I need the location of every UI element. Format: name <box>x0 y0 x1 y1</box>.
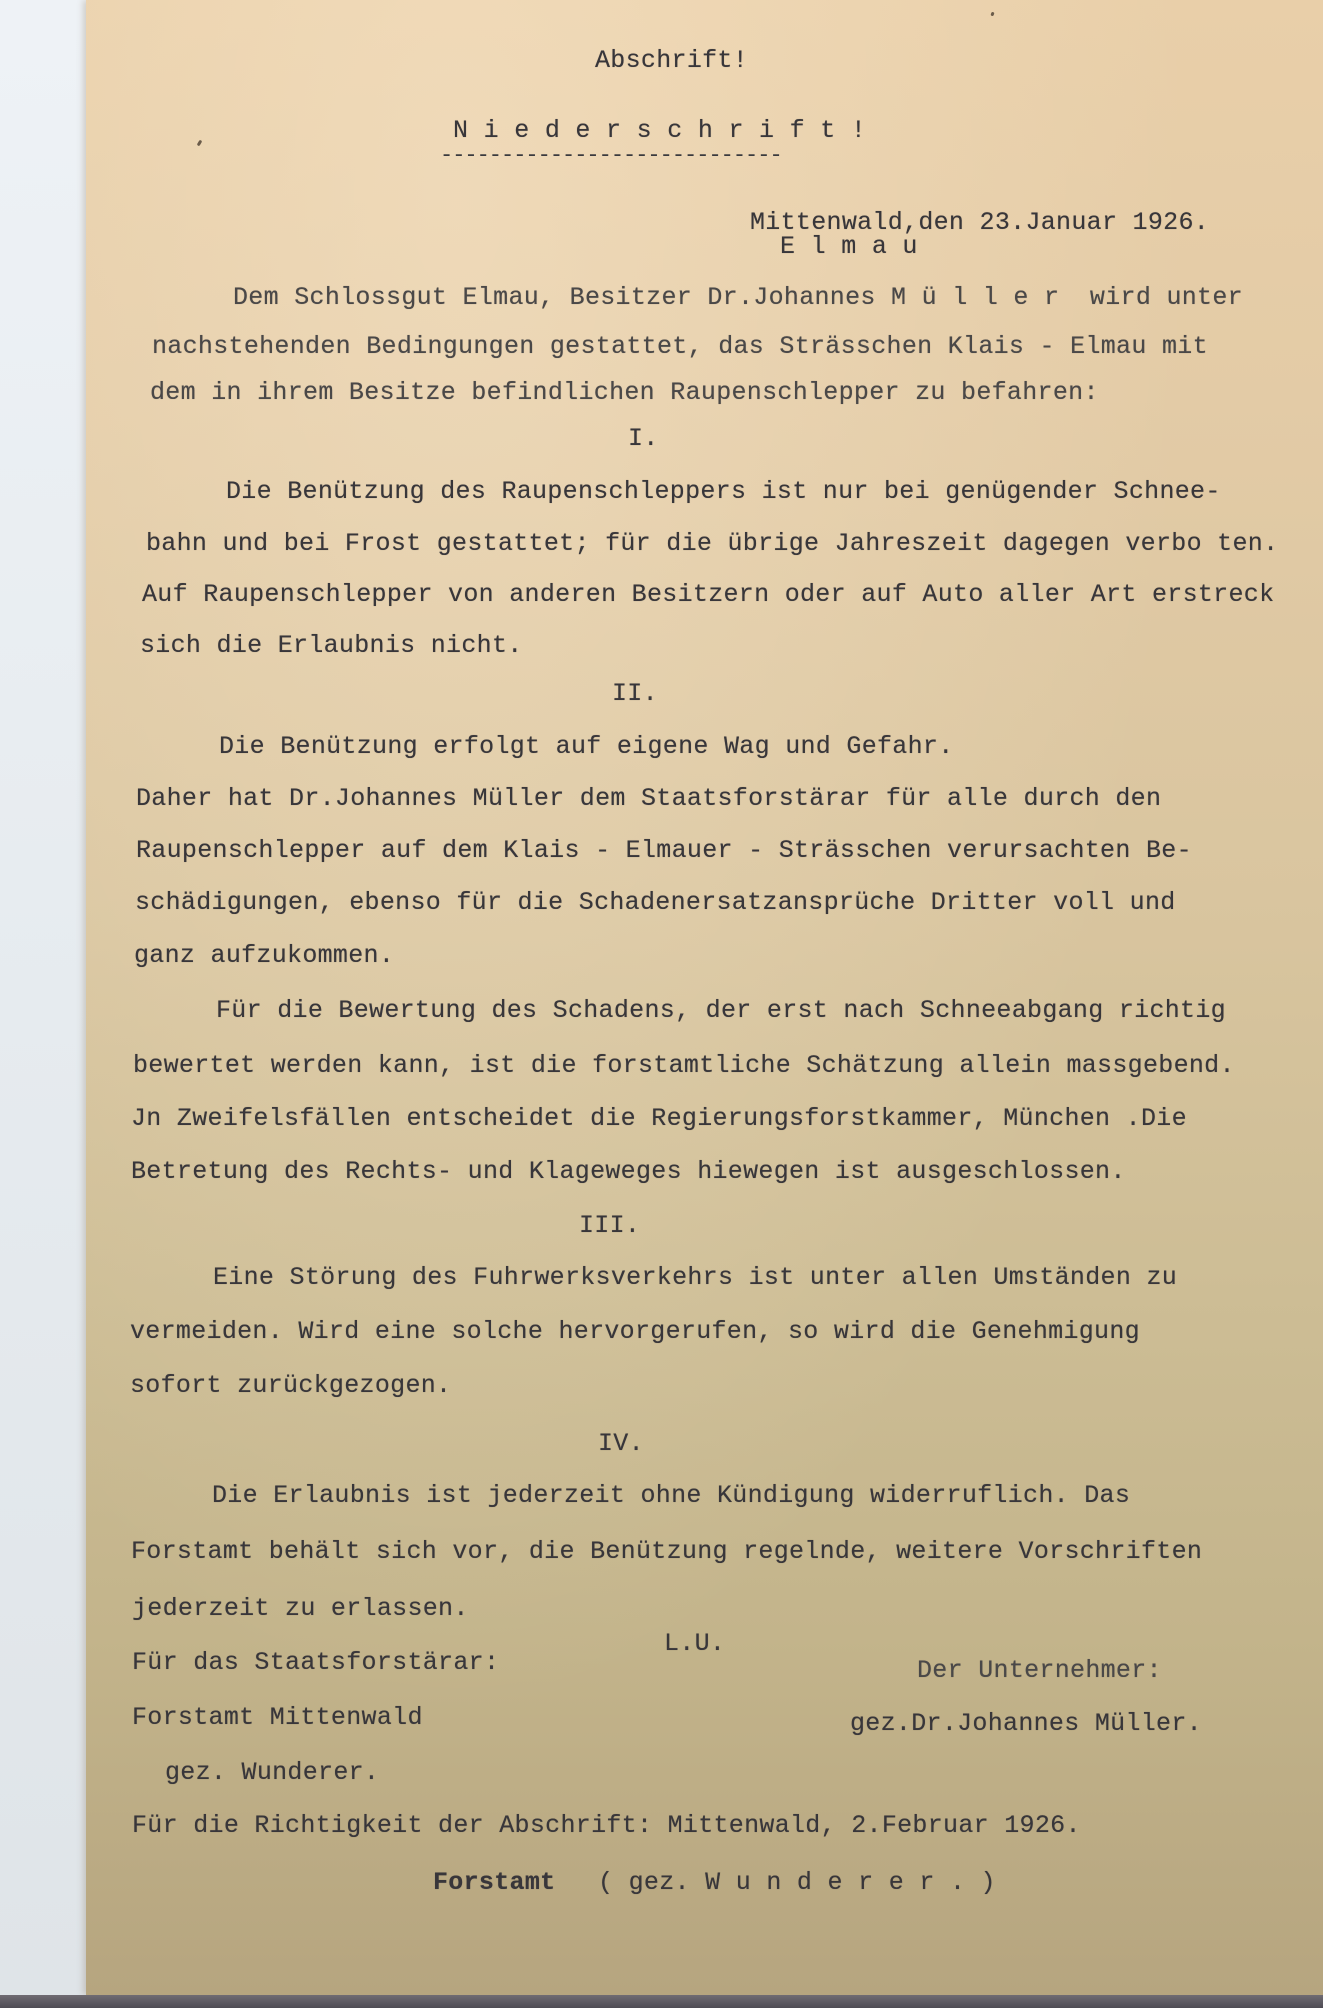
certification-signature: ( gez. W u n d e r e r . ) <box>598 1869 996 1897</box>
right-signature-name: gez.Dr.Johannes Müller. <box>850 1710 1202 1738</box>
intro-line: nachstehenden Bedingungen gestattet, das… <box>152 333 1208 361</box>
section-2-line: Daher hat Dr.Johannes Müller dem Staatsf… <box>136 785 1161 813</box>
certification-office: Forstamt <box>433 1869 555 1897</box>
section-1-line: sich die Erlaubnis nicht. <box>140 632 523 660</box>
intro-line: Dem Schlossgut Elmau, Besitzer Dr.Johann… <box>233 284 1243 312</box>
section-2-line: Jn Zweifelsfällen entscheidet die Regier… <box>131 1105 1187 1133</box>
section-2-line: Für die Bewertung des Schadens, der erst… <box>216 997 1226 1025</box>
section-2-line: Raupenschlepper auf dem Klais - Elmauer … <box>136 837 1192 865</box>
page-bottom-edge <box>0 1995 1323 2008</box>
intro-line: dem in ihrem Besitze befindlichen Raupen… <box>150 379 1099 407</box>
section-2-line: Betretung des Rechts- und Klageweges hie… <box>131 1158 1126 1186</box>
document-title: N i e d e r s c h r i f t ! <box>453 117 866 145</box>
section-1-line: Die Benützung des Raupenschleppers ist n… <box>226 478 1221 506</box>
section-4-line: Die Erlaubnis ist jederzeit ohne Kündigu… <box>212 1482 1130 1510</box>
section-4-line: Forstamt behält sich vor, die Benützung … <box>131 1538 1202 1566</box>
section-2-line: schädigungen, ebenso für die Schadenersa… <box>135 889 1176 917</box>
section-numeral-4: IV. <box>598 1430 644 1458</box>
section-1-line: Auf Raupenschlepper von anderen Besitzer… <box>142 581 1274 609</box>
section-4-line: jederzeit zu erlassen. <box>132 1595 469 1623</box>
seal-mark: L.U. <box>664 1630 725 1658</box>
section-numeral-3: III. <box>579 1212 640 1240</box>
desk-background <box>0 0 90 2008</box>
section-numeral-1: I. <box>628 425 659 453</box>
place-subline: E l m a u <box>780 233 918 261</box>
right-signature-heading: Der Unternehmer: <box>917 1657 1162 1685</box>
section-2-line: ganz aufzukommen. <box>134 942 394 970</box>
section-2-line: bewertet werden kann, ist die forstamtli… <box>133 1052 1235 1080</box>
left-signature-heading: Für das Staatsforstärar: <box>132 1649 499 1677</box>
title-underline: ---------------------------- <box>440 143 782 168</box>
copy-mark: Abschrift! <box>595 47 748 75</box>
section-3-line: Eine Störung des Fuhrwerksverkehrs ist u… <box>213 1264 1177 1292</box>
section-2-line: Die Benützung erfolgt auf eigene Wag und… <box>219 733 954 761</box>
section-1-line: bahn und bei Frost gestattet; für die üb… <box>146 530 1278 558</box>
section-3-line: sofort zurückgezogen. <box>130 1372 451 1400</box>
section-3-line: vermeiden. Wird eine solche hervorgerufe… <box>130 1318 1140 1346</box>
certification-statement: Für die Richtigkeit der Abschrift: Mitte… <box>132 1812 1081 1840</box>
paper-speck <box>197 140 203 147</box>
left-signature-name: gez. Wunderer. <box>165 1759 379 1787</box>
section-numeral-2: II. <box>612 680 658 708</box>
left-signature-office: Forstamt Mittenwald <box>132 1704 423 1732</box>
paper-speck <box>990 12 994 17</box>
